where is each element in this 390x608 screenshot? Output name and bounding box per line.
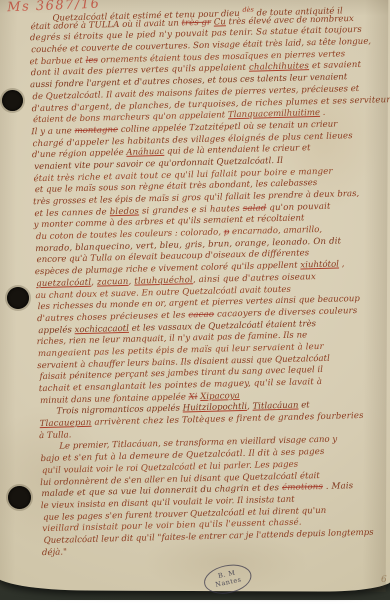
text-segment: et barbue et — [29, 56, 85, 67]
text-segment: , ainsi que d'autres oiseaux — [193, 272, 316, 285]
underlined-word: Titlacáuan — [252, 401, 298, 412]
punch-hole — [7, 287, 29, 309]
text-segment: . Mais — [323, 481, 354, 492]
struck-word: très gr — [181, 17, 211, 28]
corner-pencil-mark: 6 — [381, 575, 387, 585]
text-segment: qu'on pouvait — [266, 201, 330, 213]
underlined-word: bledos — [110, 206, 140, 217]
handwriting-lines: Quetzalcóatl était estimé et tenu pour d… — [28, 1, 390, 559]
underlined-word: quetzalcóatl — [36, 278, 91, 289]
text-segment: déjà." — [42, 547, 67, 558]
struck-word: montagne — [74, 125, 118, 136]
underlined-word: Tlanquacemilhuitime — [228, 108, 320, 120]
punch-hole — [8, 486, 31, 509]
text-segment: à Tulla. — [39, 430, 72, 441]
underlined-word: xochicacaotl — [74, 323, 129, 334]
underlined-word: chalchihuites — [249, 62, 309, 74]
text-segment: encarnado, amarillo, — [229, 225, 322, 237]
punch-hole — [2, 90, 23, 111]
underlined-word: Tlacauepan — [40, 418, 92, 429]
underlined-word: Huitzilopochtli — [183, 402, 248, 414]
text-segment: et les cannes de — [34, 207, 110, 219]
text-segment: dès — [242, 6, 254, 14]
text-segment: et savaient — [309, 60, 361, 71]
underlined-word: Cu — [214, 17, 226, 27]
manuscript-page: Ms 3687/16 Quetzalcóatl était estimé et … — [0, 0, 390, 592]
struck-word: émotions — [282, 482, 323, 493]
text-segment: qui de là entendaient le crieur et — [164, 143, 310, 157]
underlined-word: zacuan — [97, 277, 129, 288]
text-segment: Il y a une — [31, 126, 74, 137]
struck-word: salad — [243, 203, 267, 214]
underlined-word: Xipacoya — [200, 391, 240, 402]
text-segment: appelés — [38, 325, 74, 336]
text-segment: et — [298, 401, 310, 411]
text-segment: . — [320, 108, 326, 118]
struck-word: les — [86, 55, 98, 65]
struck-word: cacao — [188, 310, 214, 321]
text-segment: , — [339, 259, 345, 269]
underlined-word: Anáhuac — [126, 147, 164, 158]
underlined-word: xiuhtótol — [300, 260, 339, 271]
text-segment: d'une région appelée — [32, 148, 127, 160]
underlined-word: tlauhquéchol — [134, 275, 193, 286]
